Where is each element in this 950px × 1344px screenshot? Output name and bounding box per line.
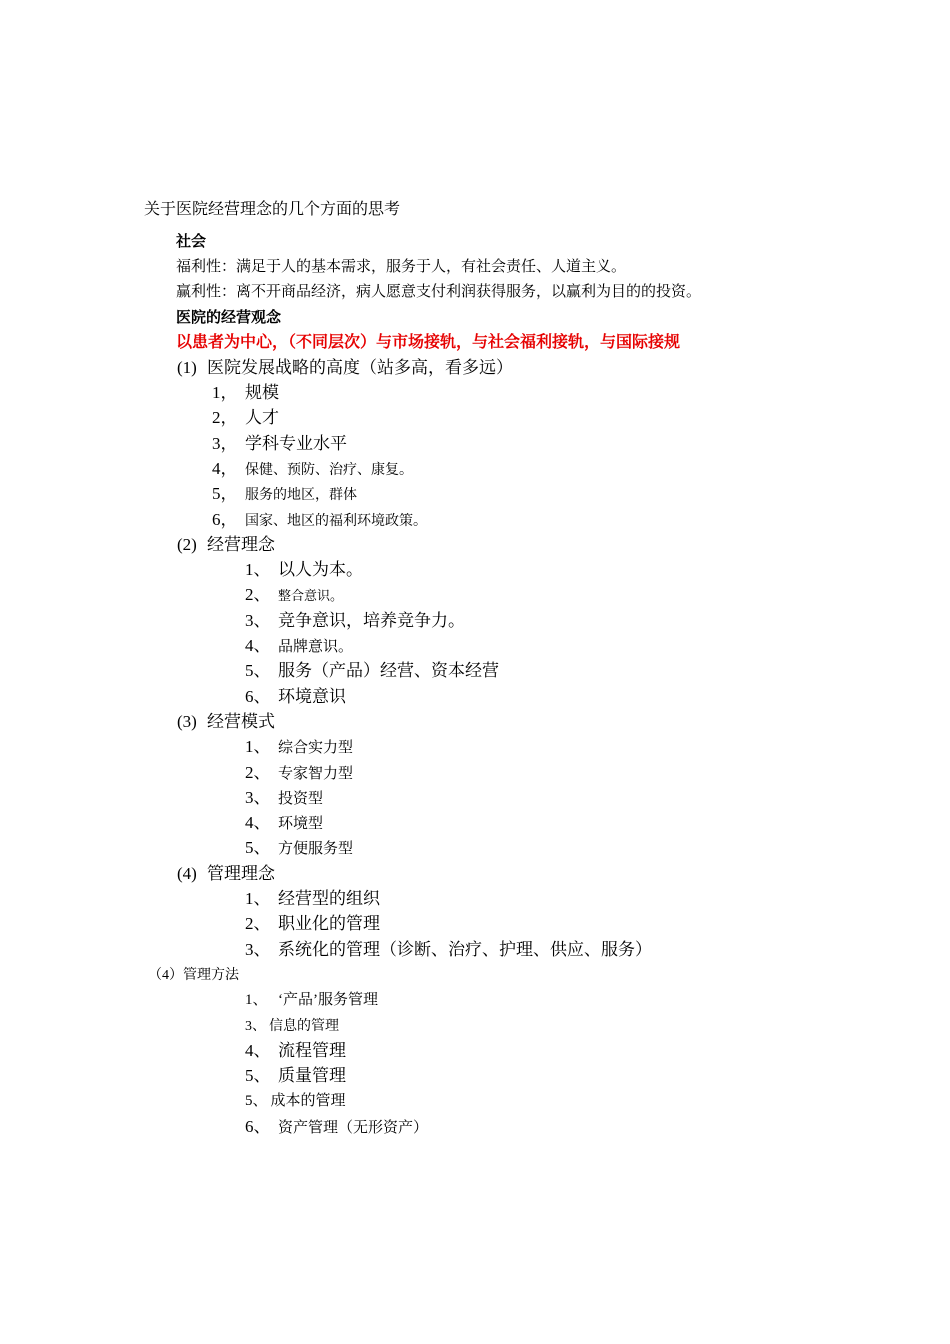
- doc-title: 关于医院经营理念的几个方面的思考: [0, 197, 950, 222]
- line-number: (3): [177, 709, 207, 734]
- line-text: 方便服务型: [278, 841, 353, 857]
- line-text: 管理理念: [207, 864, 275, 883]
- line-text: 综合实力型: [278, 740, 353, 756]
- doc-line: 3、系统化的管理（诊断、治疗、护理、供应、服务）: [0, 937, 950, 962]
- line-number: 3、: [245, 608, 278, 633]
- line-text: 医院的经营观念: [176, 308, 281, 326]
- line-text: 福利性：满足于人的基本需求，服务于人，有社会责任、人道主义。: [176, 259, 626, 275]
- line-text: ‘产品’服务管理: [278, 992, 378, 1008]
- doc-title-text: 关于医院经营理念的几个方面的思考: [144, 201, 400, 218]
- line-text: 服务（产品）经营、资本经营: [278, 661, 499, 680]
- line-text: 环境意识: [278, 687, 346, 706]
- line-text: 信息的管理: [269, 1019, 339, 1034]
- line-text: 经营理念: [207, 535, 275, 554]
- line-text: 整合意识。: [278, 588, 343, 603]
- doc-line: (4)管理理念: [0, 861, 950, 886]
- line-number: 2、: [245, 582, 278, 607]
- line-number: 5、: [245, 658, 278, 683]
- line-number: 4，: [212, 456, 245, 481]
- line-text: 以患者为中心，（不同层次）与市场接轨，与社会福利接轨，与国际接规: [176, 332, 680, 351]
- line-number: 1、: [245, 886, 278, 911]
- doc-line: 6、资产管理（无形资产）: [0, 1114, 950, 1139]
- line-number: 6、: [245, 1114, 278, 1139]
- doc-line: 赢利性：离不开商品经济，病人愿意支付利润获得服务，以赢利为目的的投资。: [0, 279, 950, 304]
- doc-line: （4）管理方法: [0, 962, 950, 987]
- doc-line: 3、投资型: [0, 785, 950, 810]
- line-number: 5、: [245, 1089, 268, 1114]
- doc-line: 社会: [0, 228, 950, 253]
- line-text: 医院发展战略的高度（站多高，看多远）: [207, 358, 513, 377]
- doc-line: (2)经营理念: [0, 532, 950, 557]
- line-text: 职业化的管理: [278, 914, 380, 933]
- line-number: (1): [177, 355, 207, 380]
- line-text: 系统化的管理（诊断、治疗、护理、供应、服务）: [278, 940, 652, 959]
- doc-line: 4、品牌意识。: [0, 633, 950, 658]
- line-number: 4、: [245, 633, 278, 658]
- line-text: 服务的地区，群体: [245, 488, 357, 503]
- doc-line: 2，人才: [0, 405, 950, 430]
- doc-line: 福利性：满足于人的基本需求，服务于人，有社会责任、人道主义。: [0, 254, 950, 279]
- line-number: 2，: [212, 405, 245, 430]
- line-text: 资产管理（无形资产）: [278, 1120, 428, 1136]
- doc-line: 5、成本的管理: [0, 1088, 950, 1113]
- page: 关于医院经营理念的几个方面的思考 社会 福利性：满足于人的基本需求，服务于人，有…: [0, 0, 950, 1139]
- line-text: 社会: [176, 232, 206, 250]
- document-body: 社会 福利性：满足于人的基本需求，服务于人，有社会责任、人道主义。 赢利性：离不…: [0, 228, 950, 1139]
- line-text: 管理方法: [183, 968, 239, 983]
- doc-line: 3、信息的管理: [0, 1013, 950, 1038]
- doc-line: 4、流程管理: [0, 1038, 950, 1063]
- doc-line: 1、‘产品’服务管理: [0, 987, 950, 1012]
- line-text: 流程管理: [278, 1041, 346, 1060]
- doc-line: 2、职业化的管理: [0, 911, 950, 936]
- line-text: 环境型: [278, 816, 323, 832]
- line-text: 成本的管理: [271, 1093, 346, 1109]
- doc-line: 2、整合意识。: [0, 582, 950, 607]
- doc-line: 2、专家智力型: [0, 760, 950, 785]
- doc-line: 1、经营型的组织: [0, 886, 950, 911]
- doc-line: 1、以人为本。: [0, 557, 950, 582]
- line-number: 6，: [212, 507, 245, 532]
- line-number: 2、: [245, 911, 278, 936]
- doc-line: 6，国家、地区的福利环境政策。: [0, 507, 950, 532]
- line-number: 2、: [245, 760, 278, 785]
- line-number: 1、: [245, 734, 278, 759]
- line-number: 1、: [245, 988, 278, 1013]
- line-text: 规模: [245, 383, 279, 402]
- line-number: (2): [177, 532, 207, 557]
- line-number: 3、: [245, 785, 278, 810]
- doc-line: 5、质量管理: [0, 1063, 950, 1088]
- line-number: （4）: [148, 963, 183, 988]
- doc-line: 医院的经营观念: [0, 304, 950, 329]
- line-number: 4、: [245, 810, 278, 835]
- doc-line: 3、竞争意识，培养竞争力。: [0, 608, 950, 633]
- line-number: 4、: [245, 1038, 278, 1063]
- doc-line: (1)医院发展战略的高度（站多高，看多远）: [0, 355, 950, 380]
- line-text: 经营模式: [207, 712, 275, 731]
- doc-line: 3，学科专业水平: [0, 431, 950, 456]
- line-number: 5、: [245, 1063, 278, 1088]
- line-text: 赢利性：离不开商品经济，病人愿意支付利润获得服务，以赢利为目的的投资。: [176, 284, 701, 300]
- line-text: 投资型: [278, 791, 323, 807]
- doc-line: 4、环境型: [0, 810, 950, 835]
- line-number: 1，: [212, 380, 245, 405]
- doc-line: 1、综合实力型: [0, 734, 950, 759]
- line-text: 经营型的组织: [278, 889, 380, 908]
- line-number: 5、: [245, 835, 278, 860]
- line-number: 3、: [245, 1014, 266, 1039]
- line-number: (4): [177, 861, 207, 886]
- doc-line: 6、环境意识: [0, 684, 950, 709]
- line-text: 品牌意识。: [278, 639, 353, 655]
- line-number: 6、: [245, 684, 278, 709]
- line-number: 5，: [212, 481, 245, 506]
- doc-line: 4，保健、预防、治疗、康复。: [0, 456, 950, 481]
- line-number: 1、: [245, 557, 278, 582]
- line-text: 国家、地区的福利环境政策。: [245, 514, 427, 529]
- line-text: 保健、预防、治疗、康复。: [245, 463, 413, 478]
- line-text: 竞争意识，培养竞争力。: [278, 611, 465, 630]
- line-text: 学科专业水平: [245, 434, 347, 453]
- line-text: 质量管理: [278, 1066, 346, 1085]
- doc-line: 1，规模: [0, 380, 950, 405]
- doc-line: 以患者为中心，（不同层次）与市场接轨，与社会福利接轨，与国际接规: [0, 329, 950, 354]
- line-number: 3，: [212, 431, 245, 456]
- line-text: 专家智力型: [278, 766, 353, 782]
- line-number: 3、: [245, 937, 278, 962]
- line-text: 以人为本。: [278, 560, 363, 579]
- doc-line: 5、方便服务型: [0, 835, 950, 860]
- doc-line: (3)经营模式: [0, 709, 950, 734]
- line-text: 人才: [245, 408, 279, 427]
- doc-line: 5、服务（产品）经营、资本经营: [0, 658, 950, 683]
- doc-line: 5，服务的地区，群体: [0, 481, 950, 506]
